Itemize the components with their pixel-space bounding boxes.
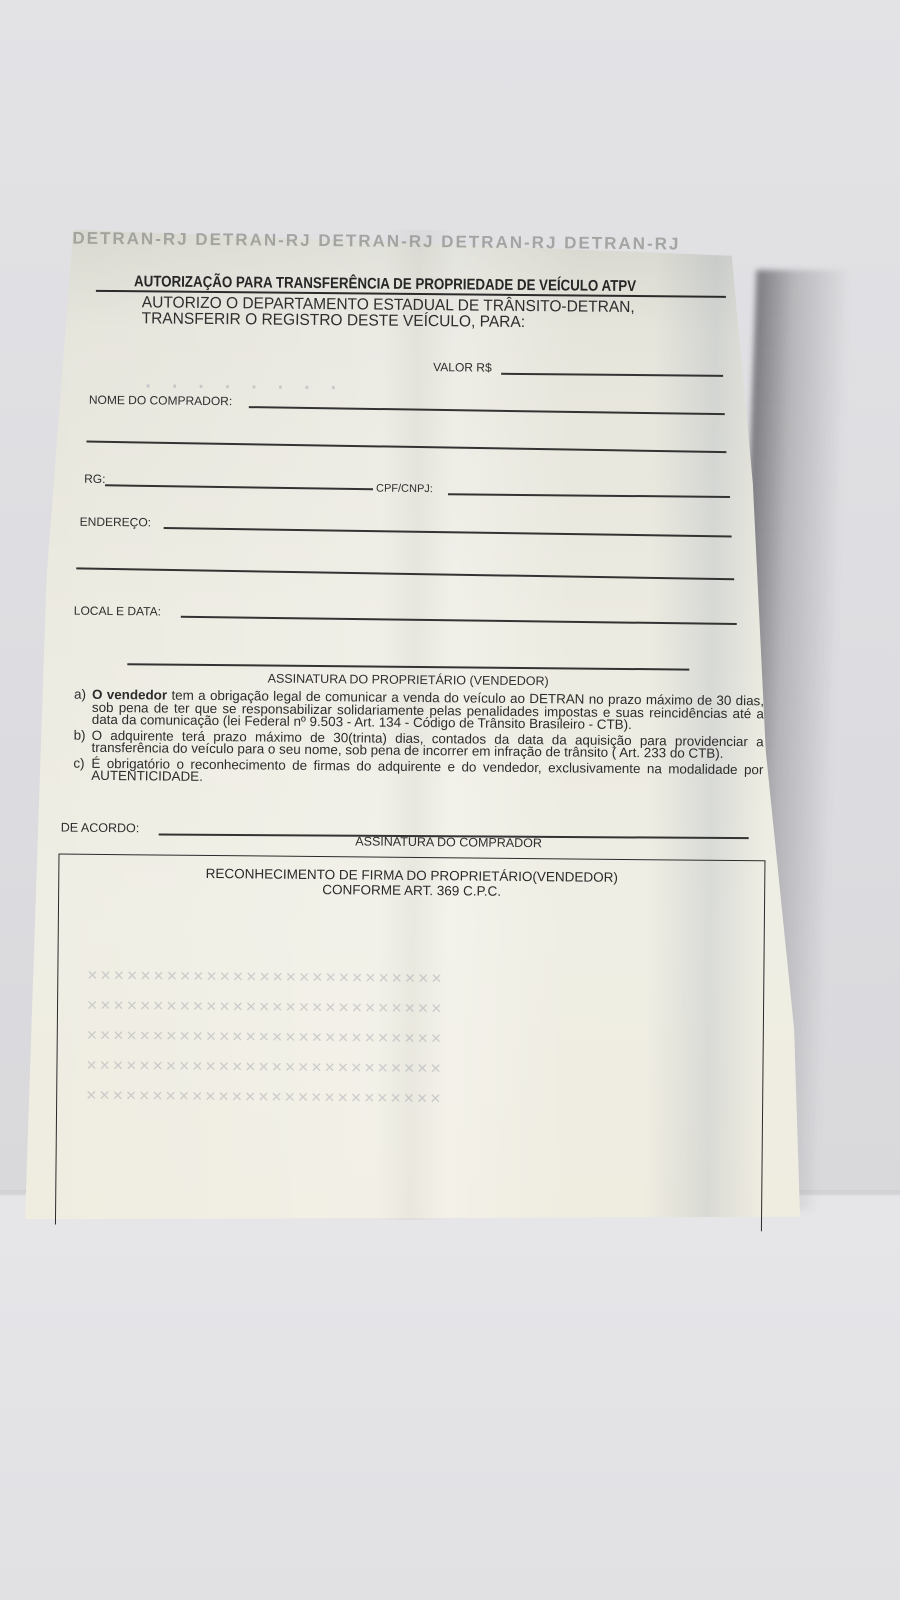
clause-key: b) <box>73 729 91 754</box>
clause-text: É obrigatório o reconhecimento de firmas… <box>91 757 763 788</box>
notary-box-title: RECONHECIMENTO DE FIRMA DO PROPRIETÁRIO(… <box>59 865 764 902</box>
valor-label: VALOR R$ <box>433 360 492 375</box>
atpv-form-document: . . . . . . . . ✕✕✕✕✕✕✕✕✕✕✕✕✕✕✕✕✕✕✕✕✕✕✕✕… <box>0 0 900 1600</box>
clause-key: a) <box>74 689 92 727</box>
clause-key: c) <box>73 757 91 782</box>
rg-label: RG: <box>84 472 105 486</box>
clause-c: c) É obrigatório o reconhecimento de fir… <box>73 757 763 789</box>
de-acordo-label: DE ACORDO: <box>61 821 140 836</box>
clause-a: a) O vendedor tem a obrigação legal de c… <box>74 689 764 733</box>
notary-recognition-box: RECONHECIMENTO DE FIRMA DO PROPRIETÁRIO(… <box>55 854 766 1232</box>
bleed-through-text: . . . . . . . . <box>143 372 342 394</box>
legal-clauses: a) O vendedor tem a obrigação legal de c… <box>73 689 764 792</box>
cpf-cnpj-label: CPF/CNPJ: <box>376 483 433 496</box>
nome-comprador-label: NOME DO COMPRADOR: <box>89 393 232 408</box>
endereco-label: ENDEREÇO: <box>80 515 151 530</box>
clause-body: tem a obrigação legal de comunicar a ven… <box>92 688 764 732</box>
local-data-label: LOCAL E DATA: <box>74 604 161 619</box>
clause-text: O vendedor tem a obrigação legal de comu… <box>92 689 764 733</box>
authorization-text: AUTORIZO O DEPARTAMENTO ESTADUAL DE TRÂN… <box>142 295 635 332</box>
